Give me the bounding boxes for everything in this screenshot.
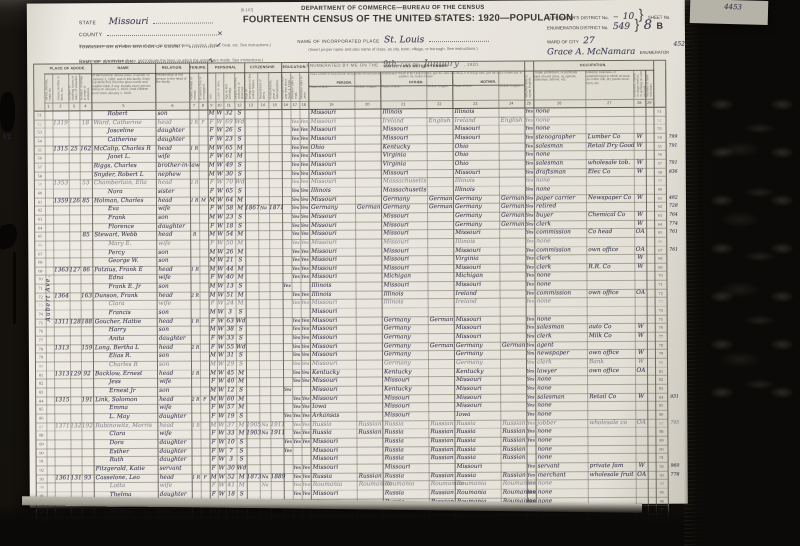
cell-rn: 58 [654, 168, 666, 176]
cell-age: 32 [223, 110, 234, 118]
cell-ten: 2 R [190, 180, 199, 188]
cell-age: 63 [225, 318, 236, 326]
cell-age: 40 [225, 379, 236, 387]
cell-occ: clerk [534, 255, 588, 263]
cell-sx: F [209, 318, 217, 326]
cell-occ: clerk [534, 264, 588, 272]
cell-rel: son [156, 284, 192, 292]
cell-age: 65 [224, 188, 235, 196]
cell-ln: 80 [36, 363, 46, 371]
cell-pob: Missouri [311, 490, 359, 498]
cell-rd: Yes [291, 248, 300, 256]
cell-occ: clerk [534, 221, 588, 229]
cell-cl: W [217, 405, 225, 413]
cell-cl: W [216, 162, 224, 170]
cell-mb: Roumania [455, 481, 503, 489]
column-label: Whether able to write. [300, 73, 307, 99]
cell-ind: private fam [588, 463, 638, 471]
cell-en: Yes [526, 377, 535, 385]
cell-pob: Missouri [310, 378, 358, 386]
cell-ms: M [235, 231, 245, 239]
cell-cl: W [216, 197, 224, 205]
cell-im: 1905 [246, 422, 259, 430]
cell-ny: 1911 [270, 430, 283, 438]
cell-age: 54 [224, 232, 235, 240]
cell-en: Yes [524, 109, 533, 117]
cell-rd: Yes [291, 171, 300, 179]
cell-mb: Germany [454, 360, 502, 368]
cell-pob: Missouri [310, 352, 358, 360]
cell-fmt: Russian [428, 438, 456, 446]
cell-cl: W [216, 266, 224, 274]
cell-mb: Ireland [454, 290, 502, 298]
cell-mmt: German [499, 221, 527, 229]
cell-pob: Missouri [310, 387, 358, 395]
cell-age: 19 [225, 413, 236, 421]
cell-occ: agent [535, 342, 589, 350]
cell-ms: S [237, 457, 247, 465]
cell-mt: Russian [357, 473, 385, 481]
cell-rel: wife [156, 275, 192, 283]
cell-rn: 63 [654, 212, 666, 220]
cell-ten: 1 R [190, 145, 199, 153]
cell-mb: Missouri [453, 230, 501, 238]
cell-emp: OA [636, 471, 648, 479]
column-label: House number or farm, etc. [57, 74, 64, 100]
cell-fb: Virginia [381, 152, 429, 160]
cell-age: 49 [224, 162, 235, 170]
cell-cl: W [217, 292, 225, 300]
column-label: Relationship of this person to the head … [155, 73, 189, 86]
cell-sx: M [208, 197, 216, 205]
cell-emp: W [634, 194, 646, 202]
cell-occ: draftsman [534, 169, 588, 177]
cell-en: Yes [526, 351, 535, 359]
cell-ind: wholesale co [587, 420, 637, 428]
cell-cl: W [216, 145, 224, 153]
cell-ms: S [235, 214, 245, 222]
cell-occ: none [534, 273, 588, 281]
cell-mb: Germany [454, 342, 502, 350]
cell-ind: auto Co [587, 324, 637, 332]
cell-pob: Missouri [310, 447, 358, 455]
cell-rn: 64 [654, 220, 666, 228]
cell-rn: 73 [655, 298, 667, 306]
cell-emp: W [636, 463, 648, 471]
cell-mb: Missouri [453, 169, 501, 177]
cell-age: 55 [225, 344, 236, 352]
cell-ms: S [236, 327, 246, 335]
cell-en: Yes [525, 160, 534, 168]
cell-occ: lawyer [535, 368, 589, 376]
cell-wr: Yes [300, 205, 309, 213]
cell-ms: S [236, 353, 246, 361]
cell-occ: stenographer [534, 134, 588, 142]
cell-age: 21 [224, 257, 235, 265]
cell-en: Yes [527, 472, 536, 480]
column-number: 12 [234, 101, 244, 109]
header-left: STATE Missouri COUNTY × TOWNSHIP OR OTHE… [79, 10, 259, 65]
cell-rel: wife [158, 483, 194, 491]
cell-ind: Bank [587, 359, 637, 367]
column-number: 13 [244, 101, 257, 109]
cell-ms: S [235, 162, 245, 170]
column-number: 10 [215, 101, 223, 109]
cell-age: 38 [225, 327, 236, 335]
cell-ms: M [235, 154, 245, 162]
cell-ms: Wd [234, 119, 244, 127]
cell-en: Yes [525, 195, 534, 203]
column-number: 25 [524, 100, 533, 108]
cell-en: Yes [525, 247, 534, 255]
cell-name: Backlow, Ernest [93, 370, 159, 378]
cell-rd: Yes [292, 292, 301, 300]
cell-rn: 70 [654, 272, 666, 280]
cell-wr: Yes [301, 396, 310, 404]
cell-rd: Yes [292, 370, 301, 378]
cell-occ: clerk [535, 333, 589, 341]
cell-sx: F [209, 439, 217, 447]
column-number: 28 [633, 99, 645, 107]
cell-rd: Yes [292, 439, 301, 447]
cell-dw: 128 [70, 319, 81, 327]
cell-fam: 92 [81, 371, 93, 379]
cell-emp: OA [635, 290, 647, 298]
cell-sx: F [208, 188, 216, 196]
column-label: Color or race. [218, 73, 222, 99]
cell-rel: wife [157, 301, 193, 309]
cell-wr: Yes [301, 413, 310, 421]
cell-rel: head [156, 266, 192, 274]
cell-ln: 58 [35, 172, 45, 180]
cell-wr: Yes [301, 326, 310, 334]
state-value: Missouri [109, 17, 149, 27]
cell-name: Snyder, Robert L [92, 171, 158, 179]
cell-mb: Roumania [455, 490, 503, 498]
cell-hn: 1313 [54, 371, 70, 379]
cell-fam: 86 [80, 267, 92, 275]
cell-ms: S [235, 171, 245, 179]
cell-age: 45 [225, 370, 236, 378]
cell-emp: W [634, 264, 646, 272]
cell-age: 37 [225, 422, 236, 430]
cell-mmt: English [498, 117, 526, 125]
cell-pob: Roumania [311, 482, 359, 490]
column-number: 8 [198, 102, 207, 110]
cell-rn: 74 [655, 307, 667, 315]
column-number: 7 [189, 102, 198, 110]
cell-age: 3 [226, 457, 237, 465]
cell-rel: head [157, 292, 193, 300]
cell-mtg: F [198, 119, 207, 127]
cell-age: 23 [224, 214, 235, 222]
cell-sx: F [209, 336, 217, 344]
cell-pob: Missouri [310, 326, 358, 334]
cell-pob: Missouri [308, 118, 356, 126]
cell-age: 61 [224, 154, 235, 162]
cell-cl: W [217, 422, 225, 430]
column-number: 2 [52, 102, 68, 110]
cell-en: Yes [525, 204, 534, 212]
cell-pob: Missouri [310, 361, 358, 369]
paper-corner: 4453 [690, 0, 769, 25]
cell-cl: W [217, 353, 225, 361]
cell-rel: wife [157, 405, 193, 413]
cell-emp: W [634, 212, 646, 220]
cell-rd: Yes [292, 300, 301, 308]
cell-rd: Yes [291, 153, 300, 161]
cell-wr: Yes [301, 370, 310, 378]
cell-mt: German [355, 205, 383, 213]
cell-sx: F [208, 206, 216, 214]
cell-name: Long, Bertha L [93, 345, 159, 353]
cell-sx: F [208, 128, 216, 136]
column-header: Relationship of this person to the head … [155, 73, 190, 110]
cell-mb: Missouri [454, 403, 502, 411]
cell-pob: Missouri [309, 257, 357, 265]
cell-fb: Germany [382, 317, 430, 325]
cell-mb: Iowa [454, 412, 502, 420]
cell-fmt: Russian [428, 429, 456, 437]
cell-wr: Yes [301, 430, 310, 438]
cell-age: 26 [224, 249, 235, 257]
cell-sx: F [208, 136, 216, 144]
cell-ms: M [236, 370, 246, 378]
cell-hn: 1311 [54, 319, 70, 327]
column-number: 4 [79, 102, 91, 110]
cell-age: 69 [223, 119, 234, 127]
cell-pob: Missouri [310, 395, 358, 403]
cell-fb: Illinois [382, 300, 430, 308]
cell-rel: head [157, 318, 193, 326]
cell-ms: Wd [237, 465, 247, 473]
cell-fam: 85 [80, 198, 92, 206]
cell-na: Na [259, 422, 270, 430]
cell-emp: W [634, 220, 646, 228]
column-header: Trade, profession, or particular kind of… [533, 70, 586, 107]
cell-cl: W [217, 413, 225, 421]
cell-en: Yes [525, 152, 534, 160]
cell-sx: M [208, 214, 216, 222]
cell-mb: Michigan [453, 273, 501, 281]
cell-occ: none [534, 281, 588, 289]
cell-pob: Missouri [309, 196, 357, 204]
cell-en: Yes [525, 178, 534, 186]
cell-rn: 93 [656, 471, 668, 479]
cell-sx: F [210, 457, 218, 465]
cell-en: Yes [526, 403, 535, 411]
cell-rn: 52 [653, 116, 665, 124]
cell-wr: Yes [300, 257, 309, 265]
cell-pob: Russia [310, 430, 358, 438]
cell-rel: nephew [156, 171, 192, 179]
cell-mb: Missouri [453, 282, 501, 290]
cell-mb: Germany [453, 213, 501, 221]
cell-rn: 83 [655, 385, 667, 393]
cell-wr: Yes [300, 222, 309, 230]
cell-wr: Yes [301, 352, 310, 360]
cell-ln: 79 [36, 354, 46, 362]
cell-rd: Yes [291, 127, 300, 135]
cell-age: 60 [225, 396, 236, 404]
cell-dw: 126 [69, 198, 80, 206]
department-line: DEPARTMENT OF COMMERCE—BUREAU OF THE CEN… [243, 4, 543, 12]
cell-en: Yes [525, 126, 534, 134]
cell-occ: none [534, 238, 588, 246]
header-right: SUPERVISOR'S DISTRICT No. ‒ 10 } SHEET N… [547, 6, 683, 60]
cell-age: 30 [224, 171, 235, 179]
cell-rn: 80 [655, 359, 667, 367]
cell-rd: Yes [292, 335, 301, 343]
cell-ten: 2 R [191, 396, 200, 404]
cell-rn: 91 [656, 454, 668, 462]
cell-fmt: Russian [428, 421, 456, 429]
cell-fb: Illinois [382, 291, 430, 299]
column-label: Naturalized or alien. [259, 73, 266, 99]
cell-en: Yes [525, 134, 534, 142]
cell-mb: Missouri [453, 265, 501, 273]
cell-rd: Yes [291, 188, 300, 196]
cell-cl: W [216, 223, 224, 231]
cell-cl: W [217, 318, 225, 326]
cell-fb: Missouri [381, 248, 429, 256]
cell-mb: Missouri [453, 135, 501, 143]
cell-mb: Missouri [454, 316, 502, 324]
cell-rel: son [156, 249, 192, 257]
cell-rel: brother-in-law [156, 163, 192, 171]
cell-fmt: Russian [429, 473, 457, 481]
cell-emp: W [634, 142, 646, 150]
cell-ln: 83 [36, 389, 46, 397]
cell-cl: W [216, 128, 224, 136]
cell-hn: 1315 [54, 397, 70, 405]
cell-sx: F [209, 379, 217, 387]
cell-mb: Russia [454, 438, 502, 446]
cell-en: Yes [526, 386, 535, 394]
cell-sx: F [209, 301, 217, 309]
cell-fb: Missouri [381, 256, 429, 264]
cell-fam: 191 [81, 397, 93, 405]
cell-ln: 77 [36, 337, 46, 345]
cell-hn: 1319 [52, 120, 68, 128]
cell-ms: M [236, 379, 246, 387]
place-label: NAME OF INCORPORATED PLACE [297, 38, 379, 44]
cell-rn: 89 [655, 437, 667, 445]
cell-ind: wholesale fruit [588, 471, 638, 479]
cell-cl: W [217, 335, 225, 343]
cell-mb: Germany [453, 221, 501, 229]
cell-hn: 1315 [53, 146, 69, 154]
cell-ms: S [235, 136, 245, 144]
cell-ms: S [234, 110, 244, 118]
cell-ten: 2 R [191, 292, 200, 300]
census-sheet-paper: [6-107] [81-974] STATE Missouri COUNTY ×… [27, 0, 688, 508]
cell-rel: head [156, 145, 192, 153]
cell-rn: 71 [654, 281, 666, 289]
cell-fmt: Russian [429, 455, 457, 463]
column-number: 15 [268, 101, 281, 109]
cell-wr: Yes [301, 335, 310, 343]
census-table-header: PLACE OF ABODE.NAMERELATION.TENURE.PERSO… [34, 61, 665, 112]
cell-occ: commission [534, 229, 588, 237]
supervisor-value: 10 [623, 12, 635, 22]
cell-mmt: Russian [501, 472, 529, 480]
cell-mmt: Roumanian [501, 489, 529, 497]
cell-mb: Illinois [453, 239, 501, 247]
cell-emp: OA [635, 368, 647, 376]
cell-rn: 82 [655, 376, 667, 384]
cell-wr: Yes [300, 153, 309, 161]
cell-mb: Russia [454, 429, 502, 437]
cell-rn: 55 [654, 142, 666, 150]
column-label: Sex. [210, 73, 214, 99]
cell-cl: W [218, 465, 226, 473]
cell-wr: Yes [300, 196, 309, 204]
column-label: Age at last birthday. [225, 73, 232, 99]
cell-en: Yes [525, 273, 534, 281]
cell-rd: Yes [292, 378, 301, 386]
cell-ln: 51 [34, 112, 44, 120]
cell-hn: 1361 [55, 475, 71, 483]
cell-sx: F [208, 275, 216, 283]
cell-ten: 1 R [191, 422, 200, 430]
cell-na: Na [260, 482, 271, 490]
cell-im: 1867 [245, 205, 258, 213]
cell-en: Yes [525, 143, 534, 151]
column-number: 23 [452, 100, 498, 108]
cell-dw: 127 [69, 267, 80, 275]
cell-fb: Germany [382, 343, 430, 351]
cell-pob: Missouri [309, 136, 357, 144]
cell-rd: Yes [293, 465, 302, 473]
cell-cl: W [216, 188, 224, 196]
cell-rel: head [156, 197, 192, 205]
cell-occ: none [535, 299, 589, 307]
cell-hn: 1363 [53, 267, 69, 275]
cell-fb: Russia [382, 447, 430, 455]
cell-pob: Russia [310, 421, 358, 429]
cell-cl: W [216, 136, 224, 144]
cell-occ: jobber [535, 420, 589, 428]
cell-occ: merchant [536, 472, 590, 480]
cell-en: Yes [526, 368, 535, 376]
cell-ms: S [235, 188, 245, 196]
cell-mb: Missouri [454, 394, 502, 402]
cell-name: Stewart, Webb [92, 232, 158, 240]
cell-rn: 66 [654, 238, 666, 246]
cell-fb: Virginia [381, 161, 429, 169]
cell-pob: Russia [311, 473, 359, 481]
cell-rd: Yes [292, 413, 301, 421]
cell-rel: head [158, 474, 194, 482]
cell-rd: Yes [291, 240, 300, 248]
cell-wr: Yes [300, 188, 309, 196]
cell-wr: Yes [300, 231, 309, 239]
column-label: Number of family in order of visitation. [80, 74, 90, 100]
cell-rel: head [157, 370, 193, 378]
cell-ms: S [235, 257, 245, 265]
cell-fam: 163 [81, 293, 93, 301]
cell-rn: 86 [655, 411, 667, 419]
cell-mb: Russia [455, 472, 503, 480]
cell-rd: Yes [292, 404, 301, 412]
cell-im: 1873 [247, 474, 260, 482]
enumerator-value: Grace A. McNamara [547, 47, 635, 58]
cell-wr: Yes [300, 240, 309, 248]
cell-en: Yes [525, 282, 534, 290]
cell-rel: head [156, 180, 192, 188]
cell-pob: Illinois [309, 188, 357, 196]
